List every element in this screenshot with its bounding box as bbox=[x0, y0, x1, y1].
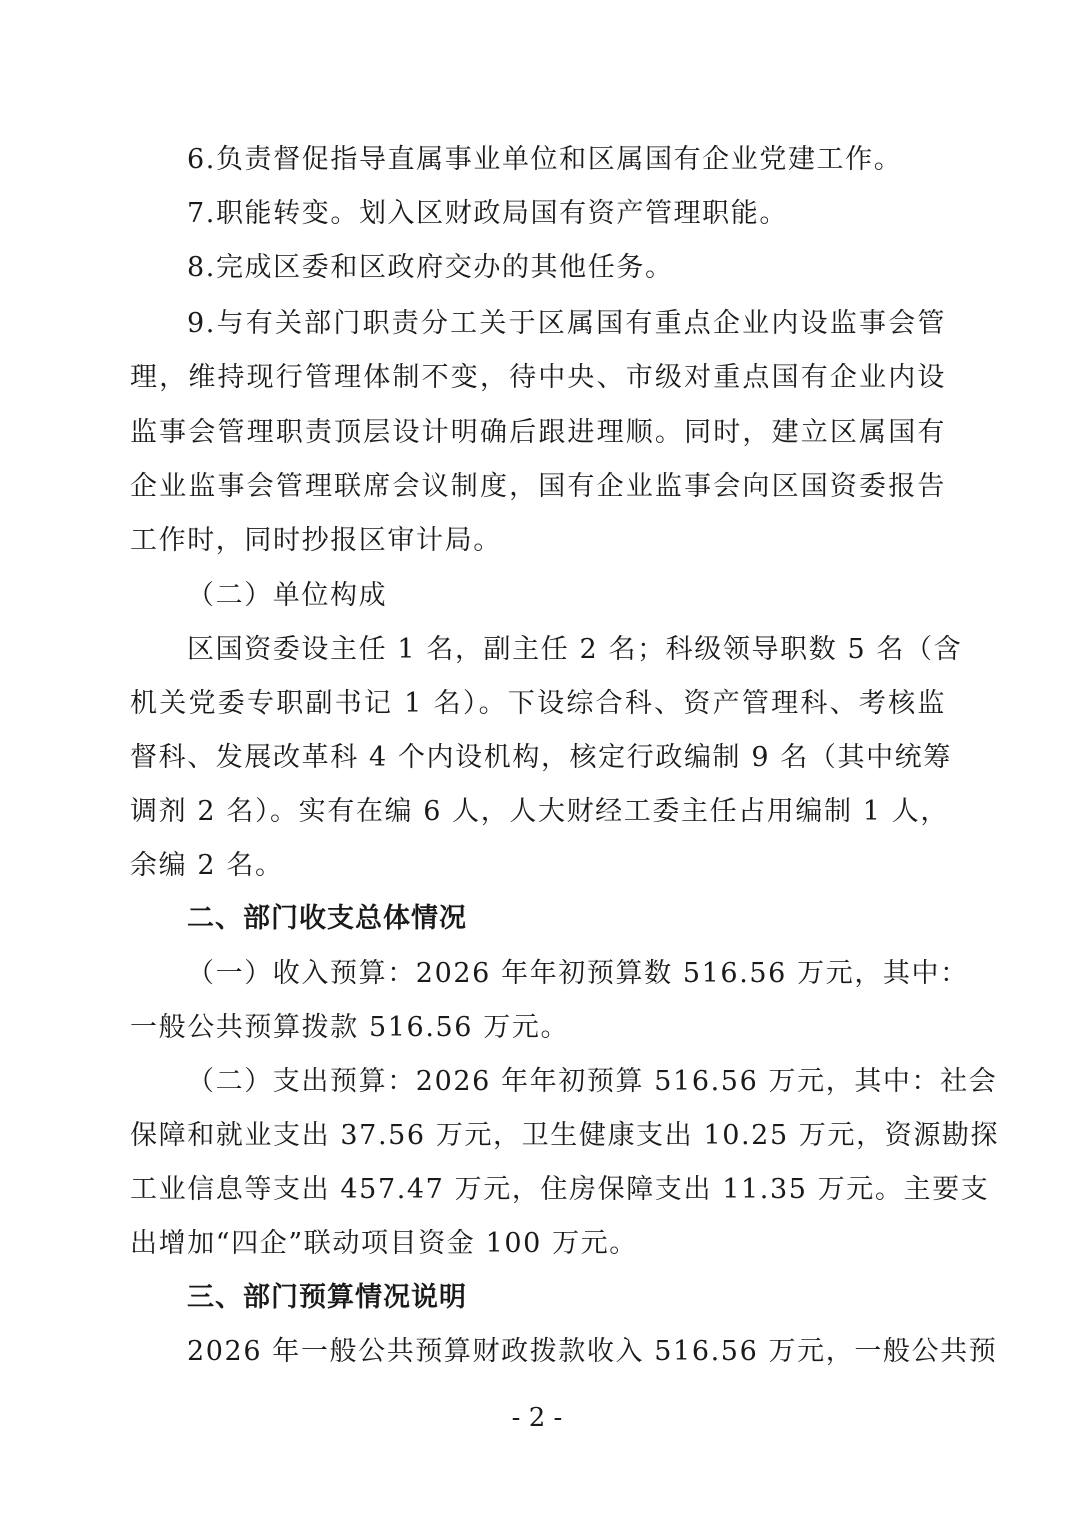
paragraph-line: 工作时，同时抄报区审计局。 bbox=[130, 521, 946, 561]
paragraph-line: 保障和就业支出 37.56 万元，卫生健康支出 10.25 万元，资源勘探 bbox=[130, 1116, 946, 1156]
paragraph-line: 督科、发展改革科 4 个内设机构，核定行政编制 9 名（其中统筹 bbox=[130, 738, 946, 778]
paragraph-line: 2026 年一般公共预算财政拨款收入 516.56 万元，一般公共预 bbox=[187, 1332, 946, 1372]
paragraph-line: 一般公共预算拨款 516.56 万元。 bbox=[130, 1008, 946, 1048]
paragraph-line: 区国资委设主任 1 名，副主任 2 名；科级领导职数 5 名（含 bbox=[187, 630, 946, 670]
section-heading: 二、部门收支总体情况 bbox=[187, 899, 946, 939]
section-subheading: （二）单位构成 bbox=[187, 576, 946, 616]
paragraph-line: （二）支出预算：2026 年年初预算 516.56 万元，其中：社会 bbox=[187, 1062, 946, 1102]
document-page: 6.负责督促指导直属事业单位和区属国有企业党建工作。 7.职能转变。划入区财政局… bbox=[0, 0, 1074, 1520]
paragraph-line: 工业信息等支出 457.47 万元，住房保障支出 11.35 万元。主要支 bbox=[130, 1170, 946, 1210]
paragraph-line: （一）收入预算：2026 年年初预算数 516.56 万元，其中： bbox=[187, 954, 946, 994]
paragraph-line: 机关党委专职副书记 1 名）。下设综合科、资产管理科、考核监 bbox=[130, 684, 946, 724]
paragraph-line: 监事会管理职责顶层设计明确后跟进理顺。同时，建立区属国有 bbox=[130, 413, 946, 453]
paragraph-line: 调剂 2 名）。实有在编 6 人，人大财经工委主任占用编制 1 人， bbox=[130, 792, 946, 832]
paragraph-line: 8.完成区委和区政府交办的其他任务。 bbox=[187, 248, 946, 288]
page-number: - 2 - bbox=[0, 1400, 1074, 1436]
paragraph-line: 余编 2 名。 bbox=[130, 846, 946, 886]
paragraph-line: 6.负责督促指导直属事业单位和区属国有企业党建工作。 bbox=[187, 140, 946, 180]
paragraph-line: 企业监事会管理联席会议制度，国有企业监事会向区国资委报告 bbox=[130, 467, 946, 507]
paragraph-line: 9.与有关部门职责分工关于区属国有重点企业内设监事会管 bbox=[187, 304, 946, 344]
paragraph-line: 出增加“四企”联动项目资金 100 万元。 bbox=[130, 1224, 946, 1264]
paragraph-line: 7.职能转变。划入区财政局国有资产管理职能。 bbox=[187, 194, 946, 234]
section-heading: 三、部门预算情况说明 bbox=[187, 1278, 946, 1318]
paragraph-line: 理，维持现行管理体制不变，待中央、市级对重点国有企业内设 bbox=[130, 358, 946, 398]
